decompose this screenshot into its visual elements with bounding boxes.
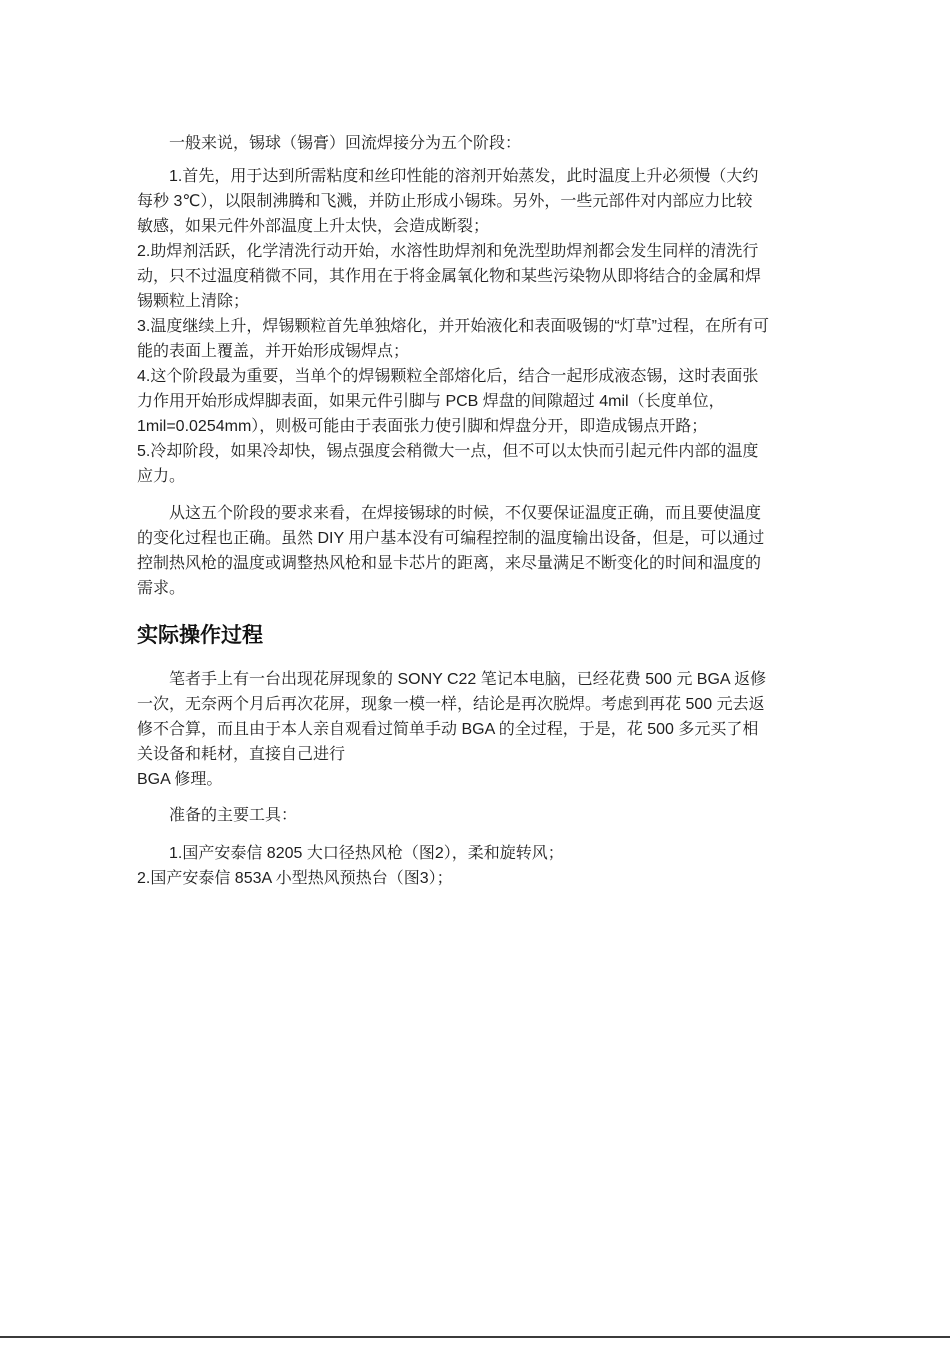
- tools-intro-paragraph: 准备的主要工具：: [137, 803, 815, 828]
- stages-paragraph: 1.首先，用于达到所需粘度和丝印性能的溶剂开始蒸发，此时温度上升必须慢（大约 每…: [137, 164, 815, 489]
- intro-paragraph: 一般来说，锡球（锡膏）回流焊接分为五个阶段：: [137, 131, 815, 156]
- text-line: 的变化过程也正确。虽然 DIY 用户基本没有可编程控制的温度输出设备，但是，可以…: [137, 526, 815, 551]
- text-line: 2.助焊剂活跃，化学清洗行动开始，水溶性助焊剂和免洗型助焊剂都会发生同样的清洗行: [137, 239, 815, 264]
- footer-rule: [0, 1336, 950, 1338]
- text-line: 2.国产安泰信 853A 小型热风预热台（图3）；: [137, 866, 815, 891]
- text-line: 动，只不过温度稍微不同，其作用在于将金属氧化物和某些污染物从即将结合的金属和焊: [137, 264, 815, 289]
- story-paragraph: 笔者手上有一台出现花屏现象的 SONY C22 笔记本电脑，已经花费 500 元…: [137, 667, 815, 792]
- text-line: 应力。: [137, 464, 815, 489]
- text-line: 一般来说，锡球（锡膏）回流焊接分为五个阶段：: [137, 131, 815, 156]
- text-line: 需求。: [137, 576, 815, 601]
- document-page: 一般来说，锡球（锡膏）回流焊接分为五个阶段： 1.首先，用于达到所需粘度和丝印性…: [0, 0, 950, 1348]
- text-line: 从这五个阶段的要求来看，在焊接锡球的时候，不仅要保证温度正确，而且要使温度: [137, 501, 815, 526]
- text-line: 1mil=0.0254mm），则极可能由于表面张力使引脚和焊盘分开，即造成锡点开…: [137, 414, 815, 439]
- tools-list: 1.国产安泰信 8205 大口径热风枪（图2），柔和旋转风； 2.国产安泰信 8…: [137, 841, 815, 891]
- text-line: 锡颗粒上清除；: [137, 289, 815, 314]
- text-line: 力作用开始形成焊脚表面，如果元件引脚与 PCB 焊盘的间隙超过 4mil（长度单…: [137, 389, 815, 414]
- text-line: 笔者手上有一台出现花屏现象的 SONY C22 笔记本电脑，已经花费 500 元…: [137, 667, 815, 692]
- text-line: 1.首先，用于达到所需粘度和丝印性能的溶剂开始蒸发，此时温度上升必须慢（大约: [137, 164, 815, 189]
- text-line: 控制热风枪的温度或调整热风枪和显卡芯片的距离，来尽量满足不断变化的时间和温度的: [137, 551, 815, 576]
- text-line: 3.温度继续上升，焊锡颗粒首先单独熔化，并开始液化和表面吸锡的“灯草”过程，在所…: [137, 314, 815, 339]
- text-line: 敏感，如果元件外部温度上升太快，会造成断裂；: [137, 214, 815, 239]
- summary-paragraph: 从这五个阶段的要求来看，在焊接锡球的时候，不仅要保证温度正确，而且要使温度 的变…: [137, 501, 815, 601]
- section-heading: 实际操作过程: [137, 620, 815, 650]
- text-line: 准备的主要工具：: [137, 803, 815, 828]
- text-line: 1.国产安泰信 8205 大口径热风枪（图2），柔和旋转风；: [137, 841, 815, 866]
- text-line: 关设备和耗材，直接自己进行: [137, 742, 815, 767]
- text-line: 4.这个阶段最为重要，当单个的焊锡颗粒全部熔化后，结合一起形成液态锡，这时表面张: [137, 364, 815, 389]
- text-line: 5.冷却阶段，如果冷却快，锡点强度会稍微大一点，但不可以太快而引起元件内部的温度: [137, 439, 815, 464]
- document-body: 一般来说，锡球（锡膏）回流焊接分为五个阶段： 1.首先，用于达到所需粘度和丝印性…: [137, 0, 815, 891]
- text-line: 能的表面上覆盖，并开始形成锡焊点；: [137, 339, 815, 364]
- text-line: 一次，无奈两个月后再次花屏，现象一模一样，结论是再次脱焊。考虑到再花 500 元…: [137, 692, 815, 717]
- text-line: 每秒 3℃），以限制沸腾和飞溅，并防止形成小锡珠。另外，一些元部件对内部应力比较: [137, 189, 815, 214]
- text-line: 修不合算，而且由于本人亲自观看过简单手动 BGA 的全过程，于是，花 500 多…: [137, 717, 815, 742]
- text-line: BGA 修理。: [137, 767, 815, 792]
